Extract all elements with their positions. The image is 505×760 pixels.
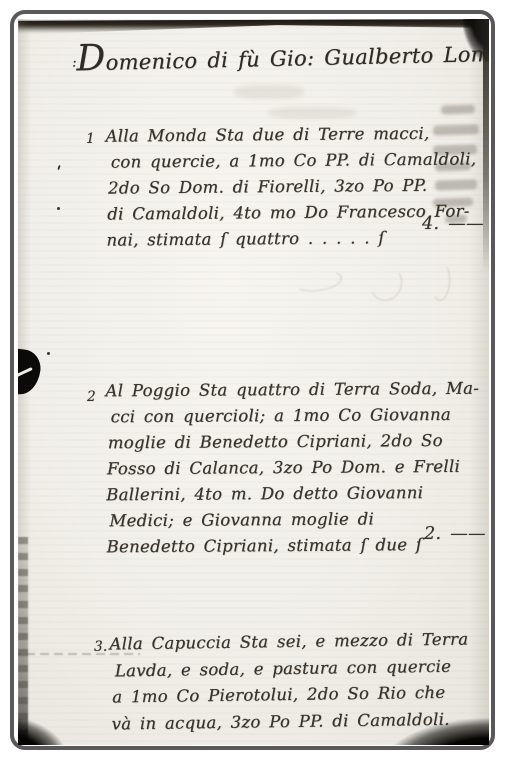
scan-artifact-left-blob (18, 349, 43, 397)
entry-2-line: Ballerini, 4to m. Do detto Giovanni (106, 480, 480, 509)
ink-speck (57, 165, 60, 170)
entry-2-line: Al Poggio Sta quattro di Terra Soda, Ma- (105, 376, 479, 405)
entry-1-line: Alla Monda Sta due di Terre macci, (105, 120, 476, 149)
manuscript-page: :Domenico di fù Gio: Gualberto Lombardi.… (18, 19, 489, 745)
entry-1-value: 4. —— (422, 214, 484, 234)
manuscript-viewer: :Domenico di fù Gio: Gualberto Lombardi.… (0, 0, 505, 760)
entry-3-number: 3. (94, 639, 107, 655)
page-title: :Domenico di fù Gio: Gualberto Lombardi. (72, 40, 472, 75)
scan-artifact-top-edge (18, 19, 489, 36)
title-text: Domenico di fù Gio: Gualberto Lombardi (76, 39, 489, 76)
faint-smudge (234, 85, 304, 99)
ink-speck (57, 207, 60, 210)
entry-2-value: 2. —— (424, 524, 486, 544)
scan-artifact-bottom-left-corner (18, 717, 68, 745)
scan-artifact-left-streaks (18, 537, 28, 745)
entry-2-number: 2 (87, 389, 96, 405)
entry-1-line: 2do So Dom. di Fiorelli, 3zo Po PP. (108, 172, 477, 201)
faint-scribble (366, 262, 406, 305)
entry-1-line: con quercie, a 1mo Co PP. di Camaldoli, (111, 146, 477, 175)
bleedthrough-mark (441, 104, 475, 114)
entry-2-line: Fosso di Calanca, 3zo Po Dom. e Frelli (107, 454, 480, 483)
entry-3-text: Alla Capuccia Sta sei, e mezzo di Terra … (109, 626, 469, 737)
entry-2-line: moglie di Benedetto Cipriani, 2do So (108, 428, 480, 457)
entry-3-line: và in acqua, 3zo Po PP. di Camaldoli. (111, 706, 469, 737)
faint-smudge (268, 107, 356, 119)
faint-scribble (293, 268, 343, 294)
faint-scribble (431, 262, 452, 301)
entry-2-line: cci con quercioli; a 1mo Co Giovanna (111, 402, 480, 431)
ink-speck (47, 352, 50, 355)
entry-1-number: 1 (86, 131, 95, 147)
